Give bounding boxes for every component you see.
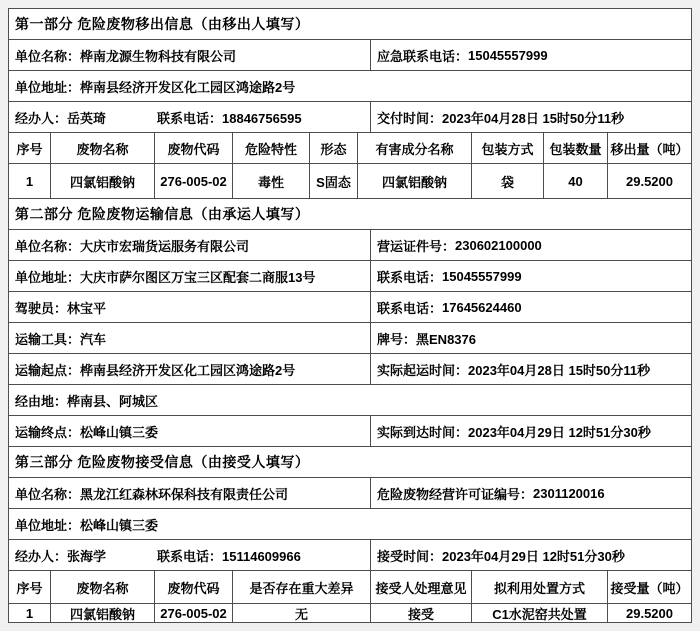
p3-td-amount: 29.5200 [608,604,691,622]
p2-license-no-label: 营运证件号： [377,236,455,255]
p1-td-waste-name: 四氯铝酸钠 [51,164,155,198]
part3-waste-table-data-row: 1 四氯铝酸钠 276-005-02 无 接受 C1水泥窑共处置 29.5200 [9,604,691,622]
part1-handler-row: 经办人：岳英琦 联系电话：18846756595 交付时间：2023年04月28… [9,102,691,133]
p1-td-packaging: 袋 [472,164,544,198]
p1-unit-address-cell: 单位地址：桦南县经济开发区化工园区鸿途路2号 [9,71,691,101]
p2-unit-address-value: 大庆市萨尔图区万宝三区配套二商服13号 [80,267,315,286]
p1-th-form: 形态 [310,133,358,163]
part3-unit-address-row: 单位地址：松峰山镇三委 [9,509,691,540]
manifest-grid: 第一部分 危险废物移出信息（由移出人填写） 单位名称：桦南龙源生物科技有限公司 … [8,8,692,623]
p2-unit-name-value: 大庆市宏瑞货运服务有限公司 [80,236,249,255]
p2-plate-no-cell: 牌号：黑EN8376 [371,323,691,353]
p3-unit-address-cell: 单位地址：松峰山镇三委 [9,509,691,539]
p3-th-seq: 序号 [9,571,51,603]
p3-th-opinion: 接受人处理意见 [371,571,472,603]
p1-delivery-time-label: 交付时间： [377,108,442,127]
p2-departure-time-value: 2023年04月28日 15时50分11秒 [468,360,650,379]
p3-receive-time-value: 2023年04月29日 12时51分30秒 [442,546,625,565]
p1-td-package-count: 40 [544,164,608,198]
p2-unit-name-cell: 单位名称：大庆市宏瑞货运服务有限公司 [9,230,371,260]
p1-handler-cell: 经办人：岳英琦 联系电话：18846756595 [9,102,371,132]
p2-unit-phone-label: 联系电话： [377,267,442,286]
p2-via-label: 经由地： [15,391,67,410]
part3-waste-table-header-row: 序号 废物名称 废物代码 是否存在重大差异 接受人处理意见 拟利用处置方式 接受… [9,571,691,604]
part2-section-title: 第二部分 危险废物运输信息（由承运人填写） [9,199,691,229]
p3-td-discrepancy: 无 [233,604,371,622]
p1-td-waste-code: 276-005-02 [155,164,233,198]
p3-permit-no-label: 危险废物经营许可证编号： [377,484,533,503]
p2-arrival-time-label: 实际到达时间： [377,422,468,441]
p3-th-waste-name: 废物名称 [51,571,155,603]
p3-unit-name-label: 单位名称： [15,484,80,503]
part1-title-row: 第一部分 危险废物移出信息（由移出人填写） [9,9,691,40]
p3-th-disposal: 拟利用处置方式 [472,571,608,603]
p2-license-no-cell: 营运证件号：230602100000 [371,230,691,260]
p2-destination-label: 运输终点： [15,422,80,441]
p2-driver-phone-cell: 联系电话：17645624460 [371,292,691,322]
p2-destination-value: 松峰山镇三委 [80,422,158,441]
p3-permit-no-value: 2301120016 [533,486,605,501]
p1-th-waste-code: 废物代码 [155,133,233,163]
p3-unit-address-value: 松峰山镇三委 [80,515,158,534]
p3-unit-name-cell: 单位名称：黑龙江红森林环保科技有限责任公司 [9,478,371,508]
p2-driver-cell: 驾驶员：林宝平 [9,292,371,322]
p3-unit-address-label: 单位地址： [15,515,80,534]
p1-handler-phone-label: 联系电话： [157,111,222,126]
p1-th-packaging: 包装方式 [472,133,544,163]
manifest-document: 第一部分 危险废物移出信息（由移出人填写） 单位名称：桦南龙源生物科技有限公司 … [0,0,700,631]
part2-unit-address-row: 单位地址：大庆市萨尔图区万宝三区配套二商服13号 联系电话：1504555799… [9,261,691,292]
p2-unit-address-cell: 单位地址：大庆市萨尔图区万宝三区配套二商服13号 [9,261,371,291]
p1-unit-name-cell: 单位名称：桦南龙源生物科技有限公司 [9,40,371,70]
p2-driver-label: 驾驶员： [15,298,67,317]
p2-origin-label: 运输起点： [15,360,80,379]
p3-td-opinion: 接受 [371,604,472,622]
p1-th-hazard: 危险特性 [233,133,310,163]
p2-unit-name-label: 单位名称： [15,236,80,255]
p2-arrival-time-cell: 实际到达时间：2023年04月29日 12时51分30秒 [371,416,691,446]
p3-handler-label: 经办人： [15,546,67,565]
part1-unit-name-row: 单位名称：桦南龙源生物科技有限公司 应急联系电话：15045557999 [9,40,691,71]
p1-emergency-phone-value: 15045557999 [468,48,548,63]
p3-th-amount: 接受量（吨） [608,571,691,603]
p2-via-value: 桦南县、阿城区 [67,391,158,410]
p3-unit-name-value: 黑龙江红森林环保科技有限责任公司 [80,484,288,503]
part1-waste-table-data-row: 1 四氯铝酸钠 276-005-02 毒性 S固态 四氯铝酸钠 袋 40 29.… [9,164,691,199]
part2-unit-name-row: 单位名称：大庆市宏瑞货运服务有限公司 营运证件号：230602100000 [9,230,691,261]
p1-emergency-phone-cell: 应急联系电话：15045557999 [371,40,691,70]
p3-th-discrepancy: 是否存在重大差异 [233,571,371,603]
p1-unit-address-value: 桦南县经济开发区化工园区鸿途路2号 [80,77,295,96]
p2-unit-phone-cell: 联系电话：15045557999 [371,261,691,291]
part2-origin-row: 运输起点：桦南县经济开发区化工园区鸿途路2号 实际起运时间：2023年04月28… [9,354,691,385]
p2-origin-value: 桦南县经济开发区化工园区鸿途路2号 [80,360,295,379]
p3-handler-pair: 经办人：张海学 [15,546,157,565]
p2-plate-no-value: 黑EN8376 [416,329,476,348]
p3-handler-phone-pair: 联系电话：15114609966 [157,546,301,565]
part1-section-title: 第一部分 危险废物移出信息（由移出人填写） [9,9,691,39]
part2-vehicle-row: 运输工具：汽车 牌号：黑EN8376 [9,323,691,354]
part3-handler-row: 经办人：张海学 联系电话：15114609966 接受时间：2023年04月29… [9,540,691,571]
p1-td-seq: 1 [9,164,51,198]
p3-permit-no-cell: 危险废物经营许可证编号：2301120016 [371,478,691,508]
p2-vehicle-value: 汽车 [80,329,106,348]
p2-driver-phone-label: 联系电话： [377,298,442,317]
p1-th-seq: 序号 [9,133,51,163]
part1-waste-table-header-row: 序号 废物名称 废物代码 危险特性 形态 有害成分名称 包装方式 包装数量 移出… [9,133,691,164]
p3-td-seq: 1 [9,604,51,622]
p1-handler-pair: 经办人：岳英琦 [15,108,157,127]
p3-handler-cell: 经办人：张海学 联系电话：15114609966 [9,540,371,570]
p1-handler-label: 经办人： [15,108,67,127]
p2-unit-phone-value: 15045557999 [442,269,522,284]
p2-vehicle-label: 运输工具： [15,329,80,348]
part2-title-row: 第二部分 危险废物运输信息（由承运人填写） [9,199,691,230]
p1-emergency-phone-label: 应急联系电话： [377,46,468,65]
p1-delivery-time-value: 2023年04月28日 15时50分11秒 [442,108,624,127]
p3-td-waste-name: 四氯铝酸钠 [51,604,155,622]
part2-destination-row: 运输终点：松峰山镇三委 实际到达时间：2023年04月29日 12时51分30秒 [9,416,691,447]
p3-td-waste-code: 276-005-02 [155,604,233,622]
p1-td-form: S固态 [310,164,358,198]
part3-title-row: 第三部分 危险废物接受信息（由接受人填写） [9,447,691,478]
p3-handler-phone-value: 15114609966 [222,549,301,564]
part3-section-title: 第三部分 危险废物接受信息（由接受人填写） [9,447,691,477]
p2-driver-value: 林宝平 [67,298,106,317]
p2-departure-time-label: 实际起运时间： [377,360,468,379]
part1-unit-address-row: 单位地址：桦南县经济开发区化工园区鸿途路2号 [9,71,691,102]
p1-td-amount: 29.5200 [608,164,691,198]
p1-th-waste-name: 废物名称 [51,133,155,163]
p2-license-no-value: 230602100000 [455,238,542,253]
p3-receive-time-label: 接受时间： [377,546,442,565]
p2-destination-cell: 运输终点：松峰山镇三委 [9,416,371,446]
p1-th-component: 有害成分名称 [358,133,472,163]
p1-handler-phone-pair: 联系电话：18846756595 [157,108,302,127]
p3-th-waste-code: 废物代码 [155,571,233,603]
p1-handler-phone-value: 18846756595 [222,111,302,126]
p3-handler-value: 张海学 [67,546,106,565]
p2-origin-cell: 运输起点：桦南县经济开发区化工园区鸿途路2号 [9,354,371,384]
p1-unit-address-label: 单位地址： [15,77,80,96]
p2-departure-time-cell: 实际起运时间：2023年04月28日 15时50分11秒 [371,354,691,384]
p2-driver-phone-value: 17645624460 [442,300,522,315]
p1-td-component: 四氯铝酸钠 [358,164,472,198]
p1-unit-name-value: 桦南龙源生物科技有限公司 [80,46,236,65]
p2-arrival-time-value: 2023年04月29日 12时51分30秒 [468,422,651,441]
p1-td-hazard: 毒性 [233,164,310,198]
p1-delivery-time-cell: 交付时间：2023年04月28日 15时50分11秒 [371,102,691,132]
part3-unit-name-row: 单位名称：黑龙江红森林环保科技有限责任公司 危险废物经营许可证编号：230112… [9,478,691,509]
p3-receive-time-cell: 接受时间：2023年04月29日 12时51分30秒 [371,540,691,570]
p1-unit-name-label: 单位名称： [15,46,80,65]
part2-driver-row: 驾驶员：林宝平 联系电话：17645624460 [9,292,691,323]
part2-via-row: 经由地：桦南县、阿城区 [9,385,691,416]
p2-via-cell: 经由地：桦南县、阿城区 [9,385,691,415]
p1-handler-value: 岳英琦 [67,108,106,127]
p1-th-amount: 移出量（吨） [608,133,691,163]
p2-vehicle-cell: 运输工具：汽车 [9,323,371,353]
p1-th-package-count: 包装数量 [544,133,608,163]
p2-unit-address-label: 单位地址： [15,267,80,286]
p3-td-disposal: C1水泥窑共处置 [472,604,608,622]
p3-handler-phone-label: 联系电话： [157,549,222,564]
p2-plate-no-label: 牌号： [377,329,416,348]
